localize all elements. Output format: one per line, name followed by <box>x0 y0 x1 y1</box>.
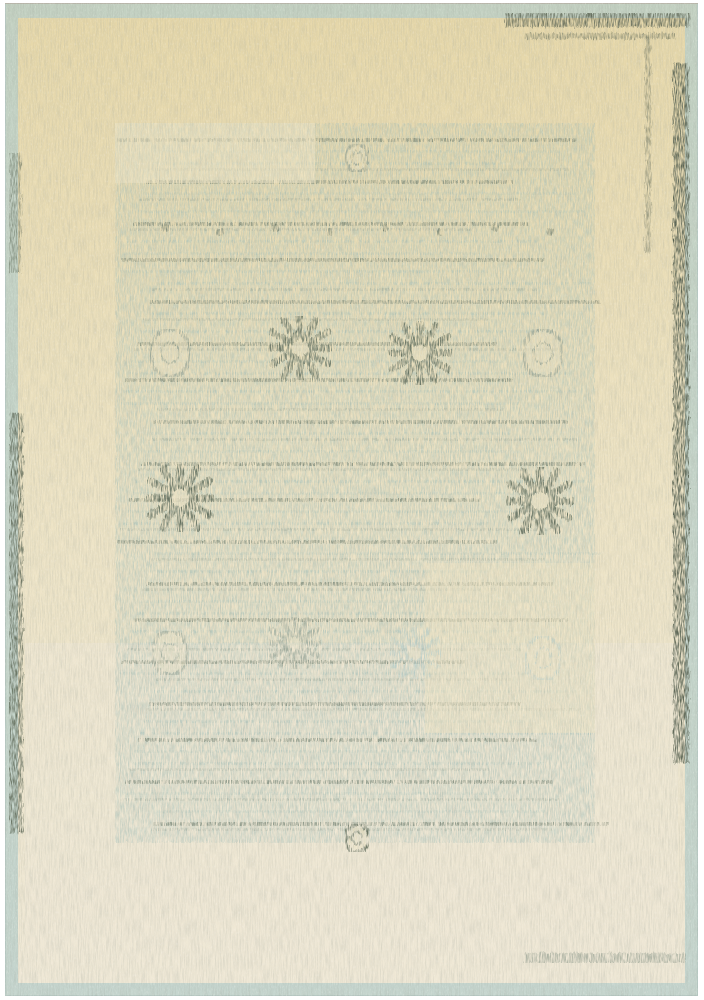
rug-image <box>5 3 698 996</box>
rug-artwork <box>5 3 698 996</box>
